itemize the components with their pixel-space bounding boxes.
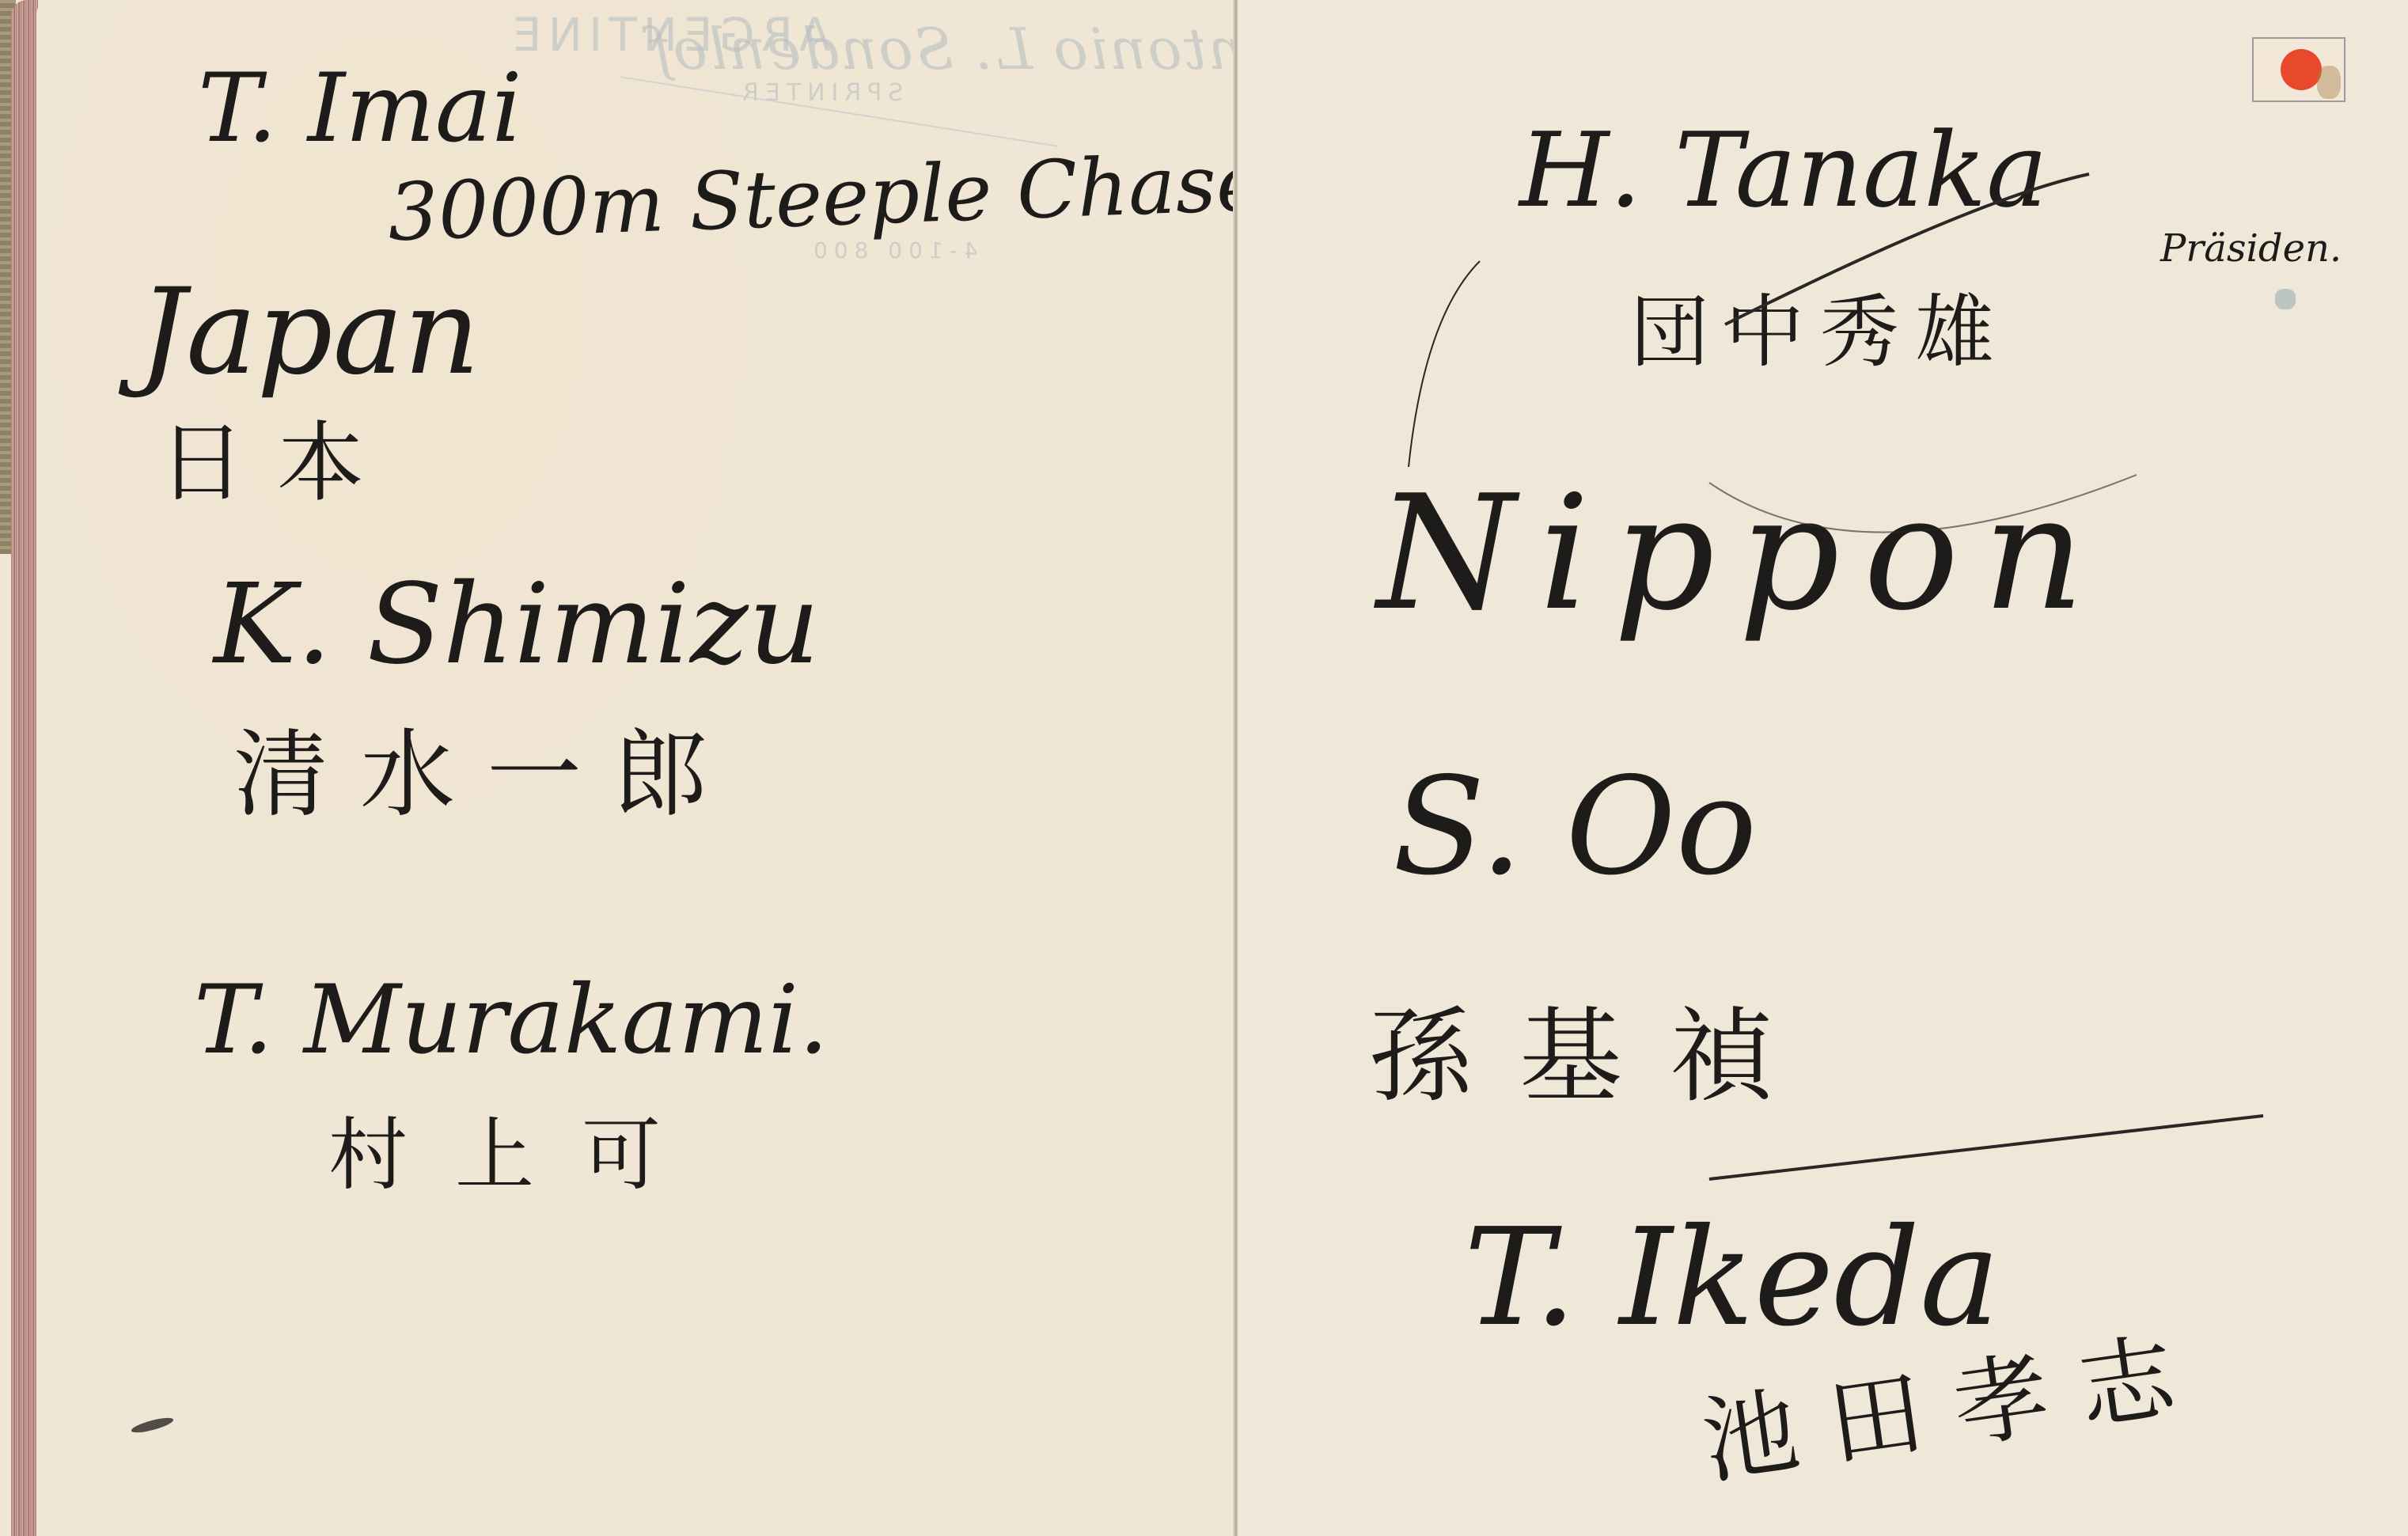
signature-murakami-kanji: 村上可 bbox=[328, 1116, 708, 1195]
stain bbox=[2317, 66, 2341, 99]
bleed-through-signature: Antonio L. Sondenlof bbox=[649, 16, 1287, 82]
japan-flag-sticker bbox=[2252, 37, 2345, 102]
page-edges bbox=[11, 0, 38, 1536]
signature-imai: T. Imai bbox=[198, 62, 522, 157]
signature-ikeda: T. Ikeda bbox=[1464, 1211, 2000, 1345]
signature-shimizu-kanji: 清水一郎 bbox=[233, 728, 740, 823]
signature-oo: S. Oo bbox=[1393, 760, 1757, 894]
rising-sun-icon bbox=[2281, 49, 2322, 90]
signature-tanaka-kanji: 団中秀雄 bbox=[1630, 293, 2010, 372]
signature-tanaka: H. Tanaka bbox=[1519, 119, 2048, 222]
bleed-through-role: SPRINTER bbox=[736, 79, 903, 107]
signature-shimizu: K. Shimizu bbox=[214, 570, 820, 681]
ink-blot bbox=[2275, 289, 2296, 309]
signature-murakami: T. Murakami. bbox=[194, 973, 829, 1068]
country-nihon: 日本 bbox=[158, 419, 396, 506]
autograph-book: ARGENTINE Antonio L. Sondenlof SPRINTER … bbox=[0, 0, 2408, 1536]
country-nippon: Nippon bbox=[1377, 475, 2108, 633]
country-japan: Japan bbox=[138, 273, 480, 392]
signature-oo-kanji: 孫基禎 bbox=[1369, 1005, 1820, 1108]
title-president: Präsiden. bbox=[2160, 229, 2342, 267]
